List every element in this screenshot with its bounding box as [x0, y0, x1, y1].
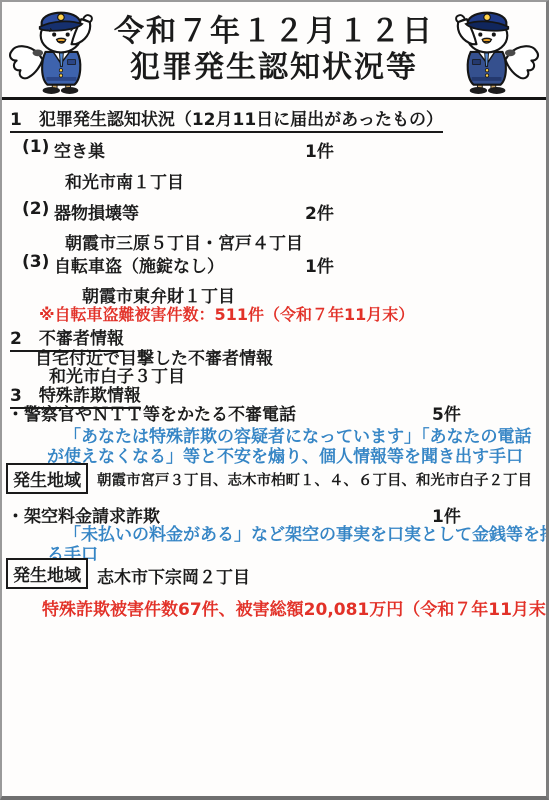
page-title: 犯罪発生認知状況等 — [112, 50, 436, 86]
header: 令和７年１２月１２日 犯罪発生認知状況等 — [2, 2, 546, 97]
police-bird-mascot-left-icon — [6, 5, 112, 95]
police-crime-bulletin-page: 令和７年１２月１２日 犯罪発生認知状況等 — [0, 0, 549, 800]
crime-item-address: 朝霞市三原５丁目・宮戸４丁目 — [65, 229, 303, 254]
crime-item-count: 1件 — [305, 252, 334, 277]
fraud-item-area: 志木市下宗岡２丁目 — [97, 563, 250, 588]
area-label-badge: 発生地域 — [6, 463, 88, 494]
fraud-summary-note: 特殊詐欺被害件数67件、被害総額20,081万円（令和７年11月末） — [42, 595, 549, 620]
section1-heading: 1 犯罪発生認知状況（12月11日に届出があったもの） — [10, 105, 443, 133]
police-bird-mascot-right-icon — [436, 5, 542, 95]
crime-item-label: 器物損壊等 — [54, 199, 139, 224]
crime-item-no: (1) — [22, 137, 49, 157]
mascot-left-svg — [6, 5, 112, 95]
crime-item-label: 自転車盗（施錠なし） — [54, 252, 224, 277]
crime-item-count: 1件 — [305, 137, 334, 162]
fraud-item-area: 朝霞市宮戸３丁目、志木市柏町１、４、６丁目、和光市白子２丁目 — [97, 469, 532, 490]
fraud-item-desc-line1: 「未払いの料金がある」など架空の事実を口実として金銭等を搾取す — [64, 520, 549, 545]
area-label-badge: 発生地域 — [6, 558, 88, 589]
crime-item-label: 空き巣 — [54, 137, 105, 162]
bulletin-content: 1 犯罪発生認知状況（12月11日に届出があったもの） (1) 空き巣 1件 和… — [2, 100, 546, 796]
crime-item-address: 和光市南１丁目 — [65, 168, 184, 193]
fraud-item-desc-line2: が使えなくなる」等と不安を煽り、個人情報等を聞き出す手口 — [47, 442, 523, 467]
bicycle-theft-note: ※自転車盗難被害件数：511件（令和７年11月末） — [39, 302, 414, 325]
crime-item-no: (2) — [22, 199, 49, 219]
crime-item-no: (3) — [22, 252, 49, 272]
page-title-block: 令和７年１２月１２日 犯罪発生認知状況等 — [112, 14, 436, 86]
page-title-date: 令和７年１２月１２日 — [112, 14, 436, 50]
mascot-right-svg — [436, 5, 542, 95]
crime-item-count: 2件 — [305, 199, 334, 224]
